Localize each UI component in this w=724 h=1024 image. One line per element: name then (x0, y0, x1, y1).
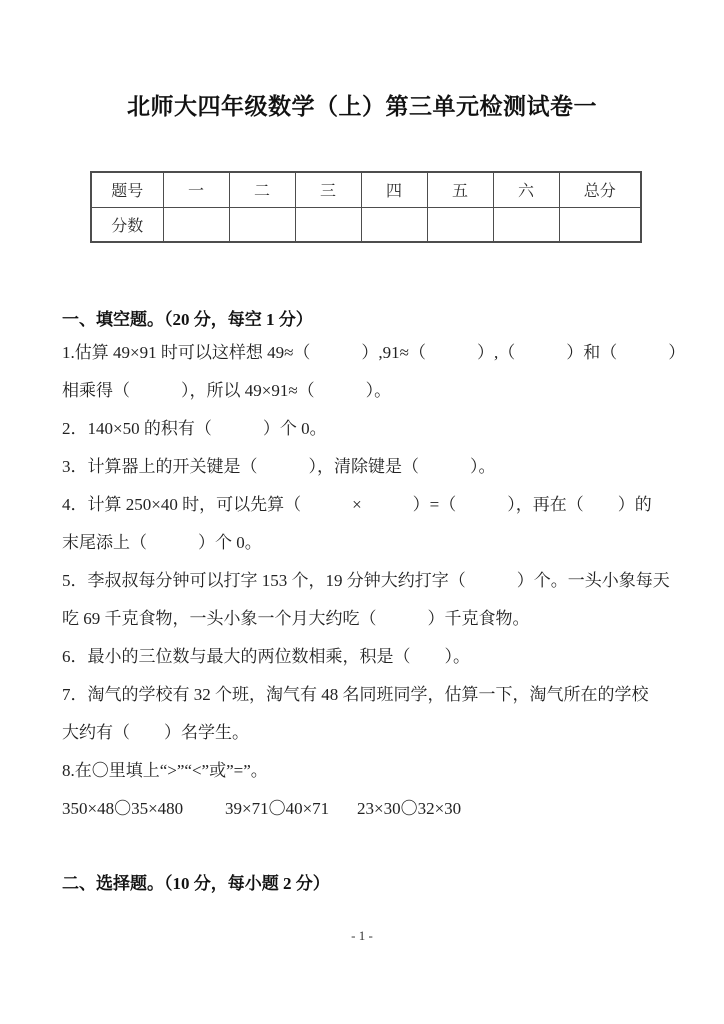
cell-score-label: 分数 (91, 207, 163, 242)
question-4-line-1: 4．计算 250×40 时，可以先算（ × ）=（ ），再在（ ）的 (62, 483, 724, 521)
score-table: 题号 一 二 三 四 五 六 总分 分数 (90, 171, 642, 243)
score-cell-empty (163, 207, 229, 242)
question-7-line-2: 大约有（ ）名学生。 (62, 711, 724, 749)
question-2-line: 2．140×50 的积有（ ）个 0。 (62, 407, 724, 445)
score-table-header-row: 题号 一 二 三 四 五 六 总分 (91, 172, 641, 207)
section-heading-multiple-choice: 二、选择题。（10 分，每小题 2 分） (62, 869, 724, 891)
test-paper-page: 北师大四年级数学（上）第三单元检测试卷一 题号 一 二 三 四 五 六 总分 分… (0, 0, 724, 1024)
fill-blanks-body: 1.估算 49×91 时可以这样想 49≈（ ）,91≈（ ）,（ ）和（ ） … (62, 331, 724, 825)
comparison-expression-2: 39×71〇40×71 (225, 794, 357, 819)
score-table-score-row: 分数 (91, 207, 641, 242)
question-6-line: 6．最小的三位数与最大的两位数相乘，积是（ ）。 (62, 635, 724, 673)
score-cell-empty (493, 207, 559, 242)
score-cell-empty (427, 207, 493, 242)
score-cell-empty (559, 207, 641, 242)
question-8-line: 8.在〇里填上“>”“<”或”=”。 (62, 749, 724, 787)
section-heading-fill-blanks: 一、填空题。（20 分，每空 1 分） (62, 305, 724, 327)
question-1-line-2: 相乘得（ ），所以 49×91≈（ ）。 (62, 369, 724, 407)
question-5-line-1: 5．李叔叔每分钟可以打字 153 个，19 分钟大约打字（ ）个。一头小象每天 (62, 559, 724, 597)
comparison-expression-3: 23×30〇32×30 (357, 794, 461, 819)
question-3-line: 3．计算器上的开关键是（ ），清除键是（ ）。 (62, 445, 724, 483)
page-number: - 1 - (0, 928, 724, 944)
question-7-line-1: 7．淘气的学校有 32 个班，淘气有 48 名同班同学，估算一下，淘气所在的学校 (62, 673, 724, 711)
score-cell-empty (361, 207, 427, 242)
cell-section-3: 三 (295, 172, 361, 207)
question-4-line-2: 末尾添上（ ）个 0。 (62, 521, 724, 559)
cell-question-number-label: 题号 (91, 172, 163, 207)
score-cell-empty (229, 207, 295, 242)
page-title: 北师大四年级数学（上）第三单元检测试卷一 (0, 0, 724, 121)
cell-total-score-label: 总分 (559, 172, 641, 207)
cell-section-4: 四 (361, 172, 427, 207)
cell-section-1: 一 (163, 172, 229, 207)
cell-section-2: 二 (229, 172, 295, 207)
comparison-expression-1: 350×48〇35×480 (62, 794, 225, 819)
cell-section-5: 五 (427, 172, 493, 207)
question-8-comparisons: 350×48〇35×480 39×71〇40×71 23×30〇32×30 (62, 787, 724, 825)
question-5-line-2: 吃 69 千克食物，一头小象一个月大约吃（ ）千克食物。 (62, 597, 724, 635)
question-1-line-1: 1.估算 49×91 时可以这样想 49≈（ ）,91≈（ ）,（ ）和（ ） (62, 331, 724, 369)
score-cell-empty (295, 207, 361, 242)
cell-section-6: 六 (493, 172, 559, 207)
